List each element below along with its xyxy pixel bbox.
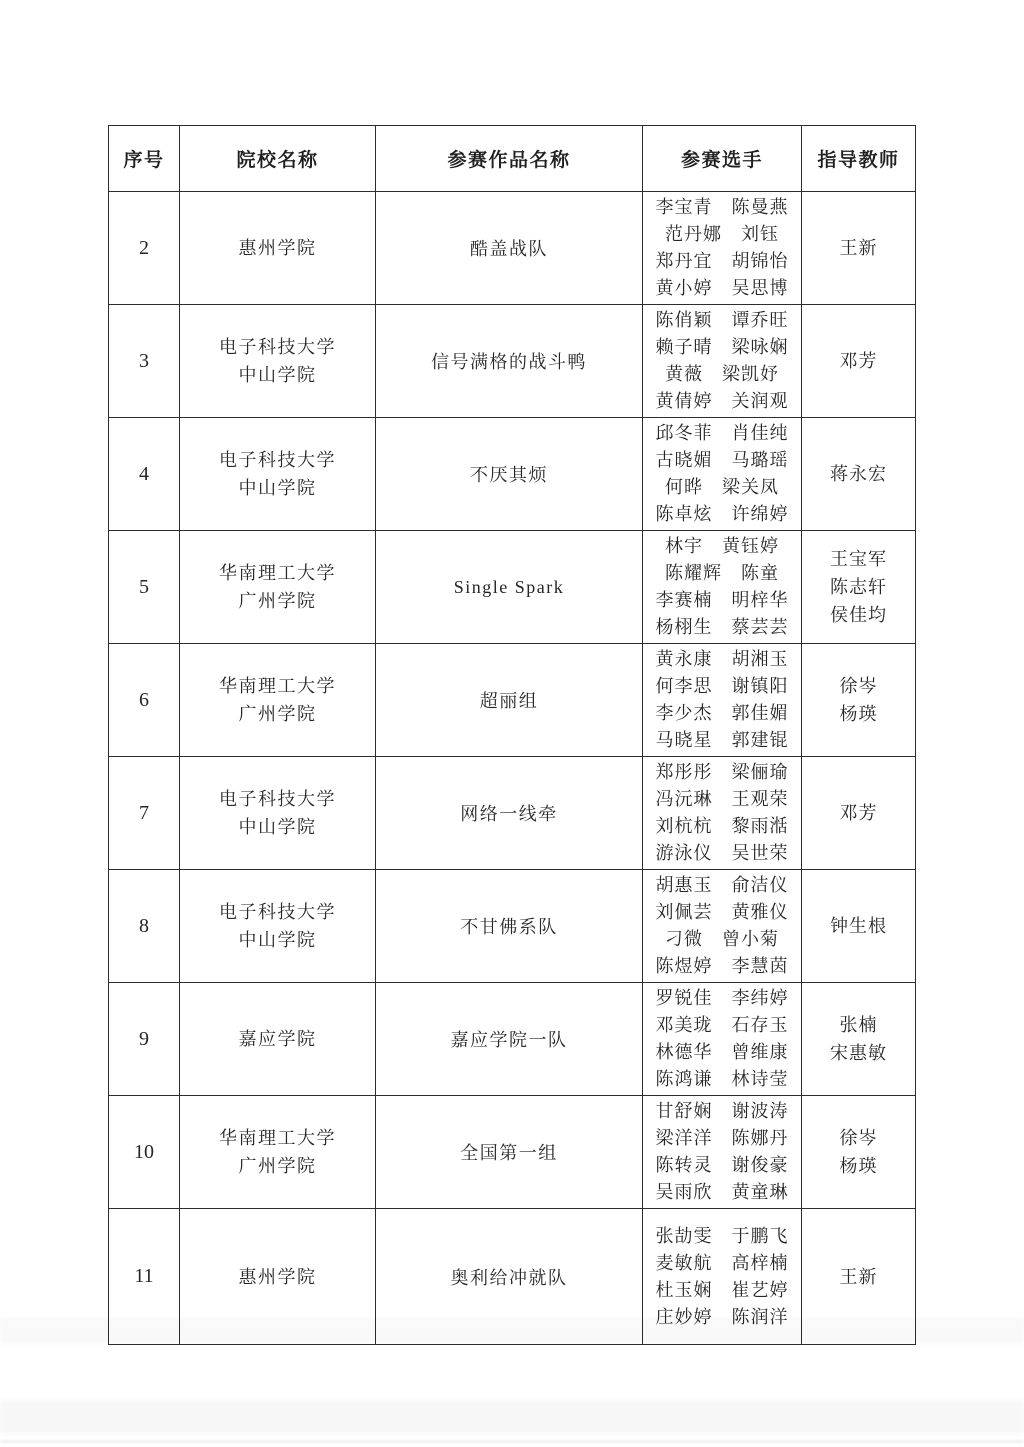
table-row: 11 惠州学院 奥利给冲就队 张劼雯 于鹏飞麦敏航 高梓楠杜玉娴 崔艺婷庄妙婷 … [109, 1209, 916, 1345]
header-school: 院校名称 [180, 126, 376, 192]
text-line: 中山学院 [182, 926, 373, 954]
table-row: 8 电子科技大学中山学院 不甘佛系队 胡惠玉 俞洁仪刘佩芸 黄雅仪刁微 曾小菊陈… [109, 870, 916, 983]
cell-work-name: 奥利给冲就队 [376, 1209, 643, 1345]
header-work: 参赛作品名称 [376, 126, 643, 192]
table-row: 9 嘉应学院 嘉应学院一队 罗锐佳 李纬婷邓美珑 石存玉林德华 曾维康陈鸿谦 林… [109, 983, 916, 1096]
table-row: 2 惠州学院 酷盖战队 李宝青 陈曼燕范丹娜 刘钰郑丹宜 胡锦怡黄小婷 吴思博 … [109, 192, 916, 305]
text-line: 李赛楠 明梓华 [645, 587, 799, 614]
cell-work-name: 不厌其烦 [376, 418, 643, 531]
text-line: 庄妙婷 陈润洋 [645, 1304, 799, 1331]
text-line: 张楠 [804, 1011, 913, 1039]
text-line: 广州学院 [182, 587, 373, 615]
text-line: 胡惠玉 俞洁仪 [645, 872, 799, 899]
cell-school-name: 电子科技大学中山学院 [180, 418, 376, 531]
cell-work-name: 嘉应学院一队 [376, 983, 643, 1096]
text-line: 徐岑 [804, 1124, 913, 1152]
cell-teachers: 蒋永宏 [802, 418, 916, 531]
text-line: 电子科技大学 [182, 446, 373, 474]
text-line: 徐岑 [804, 672, 913, 700]
results-table: 序号 院校名称 参赛作品名称 参赛选手 指导教师 2 惠州学院 酷盖战队 李宝青… [108, 125, 916, 1345]
text-line: 陈俏颖 谭乔旺 [645, 307, 799, 334]
cell-serial-number: 8 [109, 870, 180, 983]
header-teachers: 指导教师 [802, 126, 916, 192]
scan-artifact-band [0, 1440, 1024, 1443]
text-line: 林宇 黄钰婷 [645, 533, 799, 560]
cell-teachers: 徐岑杨瑛 [802, 1096, 916, 1209]
cell-school-name: 电子科技大学中山学院 [180, 757, 376, 870]
cell-contestants: 黄永康 胡湘玉何李思 谢镇阳李少杰 郭佳媚马晓星 郭建锟 [643, 644, 802, 757]
cell-work-name: 网络一线牵 [376, 757, 643, 870]
text-line: 陈煜婷 李慧茵 [645, 953, 799, 980]
text-line: 华南理工大学 [182, 559, 373, 587]
text-line: 甘舒娴 谢波涛 [645, 1098, 799, 1125]
text-line: 广州学院 [182, 700, 373, 728]
text-line: 惠州学院 [182, 234, 373, 262]
cell-serial-number: 6 [109, 644, 180, 757]
table-row: 4 电子科技大学中山学院 不厌其烦 邱冬菲 肖佳纯古晓媚 马璐瑶何晔 梁关凤陈卓… [109, 418, 916, 531]
cell-contestants: 邱冬菲 肖佳纯古晓媚 马璐瑶何晔 梁关凤陈卓炫 许绵婷 [643, 418, 802, 531]
text-line: 刘佩芸 黄雅仪 [645, 899, 799, 926]
text-line: 邓芳 [804, 347, 913, 375]
text-line: 张劼雯 于鹏飞 [645, 1223, 799, 1250]
text-line: 古晓媚 马璐瑶 [645, 447, 799, 474]
cell-school-name: 华南理工大学广州学院 [180, 644, 376, 757]
cell-teachers: 王新 [802, 192, 916, 305]
text-line: 陈耀辉 陈童 [645, 560, 799, 587]
text-line: 华南理工大学 [182, 672, 373, 700]
text-line: 邱冬菲 肖佳纯 [645, 420, 799, 447]
text-line: 李少杰 郭佳媚 [645, 700, 799, 727]
header-contestants: 参赛选手 [643, 126, 802, 192]
text-line: 黄小婷 吴思博 [645, 275, 799, 302]
text-line: 黄永康 胡湘玉 [645, 646, 799, 673]
cell-school-name: 惠州学院 [180, 192, 376, 305]
cell-contestants: 郑彤彤 梁俪瑜冯沅琳 王观荣刘杭杭 黎雨湉游泳仪 吴世荣 [643, 757, 802, 870]
text-line: 游泳仪 吴世荣 [645, 840, 799, 867]
cell-teachers: 王宝军陈志轩侯佳均 [802, 531, 916, 644]
cell-school-name: 惠州学院 [180, 1209, 376, 1345]
cell-school-name: 电子科技大学中山学院 [180, 305, 376, 418]
text-line: 麦敏航 高梓楠 [645, 1250, 799, 1277]
table-row: 6 华南理工大学广州学院 超丽组 黄永康 胡湘玉何李思 谢镇阳李少杰 郭佳媚马晓… [109, 644, 916, 757]
text-line: 王新 [804, 234, 913, 262]
text-line: 邓芳 [804, 799, 913, 827]
text-line: 陈卓炫 许绵婷 [645, 501, 799, 528]
text-line: 邓美珑 石存玉 [645, 1012, 799, 1039]
cell-teachers: 邓芳 [802, 305, 916, 418]
text-line: 陈志轩 [804, 573, 913, 601]
cell-contestants: 陈俏颖 谭乔旺赖子晴 梁咏娴黄薇 梁凯妤黄倩婷 关润观 [643, 305, 802, 418]
text-line: 梁洋洋 陈娜丹 [645, 1125, 799, 1152]
cell-serial-number: 11 [109, 1209, 180, 1345]
text-line: 中山学院 [182, 361, 373, 389]
cell-work-name: Single Spark [376, 531, 643, 644]
cell-work-name: 信号满格的战斗鸭 [376, 305, 643, 418]
text-line: 郑彤彤 梁俪瑜 [645, 759, 799, 786]
text-line: 黄倩婷 关润观 [645, 388, 799, 415]
cell-teachers: 王新 [802, 1209, 916, 1345]
text-line: 中山学院 [182, 474, 373, 502]
text-line: 罗锐佳 李纬婷 [645, 985, 799, 1012]
text-line: 王新 [804, 1263, 913, 1291]
scan-artifact-band [0, 1400, 1024, 1434]
table-row: 3 电子科技大学中山学院 信号满格的战斗鸭 陈俏颖 谭乔旺赖子晴 梁咏娴黄薇 梁… [109, 305, 916, 418]
text-line: 范丹娜 刘钰 [645, 221, 799, 248]
text-line: 陈鸿谦 林诗莹 [645, 1066, 799, 1093]
cell-contestants: 罗锐佳 李纬婷邓美珑 石存玉林德华 曾维康陈鸿谦 林诗莹 [643, 983, 802, 1096]
cell-serial-number: 3 [109, 305, 180, 418]
text-line: 杨瑛 [804, 1152, 913, 1180]
cell-school-name: 华南理工大学广州学院 [180, 1096, 376, 1209]
cell-teachers: 钟生根 [802, 870, 916, 983]
cell-contestants: 林宇 黄钰婷陈耀辉 陈童李赛楠 明梓华杨栩生 蔡芸芸 [643, 531, 802, 644]
text-line: 马晓星 郭建锟 [645, 727, 799, 754]
text-line: 电子科技大学 [182, 785, 373, 813]
cell-serial-number: 2 [109, 192, 180, 305]
text-line: 赖子晴 梁咏娴 [645, 334, 799, 361]
text-line: 郑丹宜 胡锦怡 [645, 248, 799, 275]
text-line: 冯沅琳 王观荣 [645, 786, 799, 813]
text-line: 杨栩生 蔡芸芸 [645, 614, 799, 641]
text-line: 广州学院 [182, 1152, 373, 1180]
text-line: 嘉应学院 [182, 1025, 373, 1053]
cell-school-name: 华南理工大学广州学院 [180, 531, 376, 644]
text-line: 李宝青 陈曼燕 [645, 194, 799, 221]
cell-contestants: 甘舒娴 谢波涛梁洋洋 陈娜丹陈转灵 谢俊豪吴雨欣 黄童琳 [643, 1096, 802, 1209]
table-row: 7 电子科技大学中山学院 网络一线牵 郑彤彤 梁俪瑜冯沅琳 王观荣刘杭杭 黎雨湉… [109, 757, 916, 870]
text-line: 黄薇 梁凯妤 [645, 361, 799, 388]
text-line: 陈转灵 谢俊豪 [645, 1152, 799, 1179]
cell-serial-number: 10 [109, 1096, 180, 1209]
text-line: 惠州学院 [182, 1263, 373, 1291]
cell-work-name: 超丽组 [376, 644, 643, 757]
header-no: 序号 [109, 126, 180, 192]
cell-teachers: 邓芳 [802, 757, 916, 870]
cell-work-name: 酷盖战队 [376, 192, 643, 305]
cell-serial-number: 9 [109, 983, 180, 1096]
cell-serial-number: 4 [109, 418, 180, 531]
text-line: 刘杭杭 黎雨湉 [645, 813, 799, 840]
table-row: 10 华南理工大学广州学院 全国第一组 甘舒娴 谢波涛梁洋洋 陈娜丹陈转灵 谢俊… [109, 1096, 916, 1209]
cell-contestants: 李宝青 陈曼燕范丹娜 刘钰郑丹宜 胡锦怡黄小婷 吴思博 [643, 192, 802, 305]
cell-contestants: 张劼雯 于鹏飞麦敏航 高梓楠杜玉娴 崔艺婷庄妙婷 陈润洋 [643, 1209, 802, 1345]
cell-work-name: 全国第一组 [376, 1096, 643, 1209]
text-line: 何李思 谢镇阳 [645, 673, 799, 700]
cell-school-name: 嘉应学院 [180, 983, 376, 1096]
cell-school-name: 电子科技大学中山学院 [180, 870, 376, 983]
text-line: 林德华 曾维康 [645, 1039, 799, 1066]
text-line: 华南理工大学 [182, 1124, 373, 1152]
text-line: 吴雨欣 黄童琳 [645, 1179, 799, 1206]
text-line: 中山学院 [182, 813, 373, 841]
text-line: 杨瑛 [804, 700, 913, 728]
text-line: 钟生根 [804, 912, 913, 940]
text-line: 电子科技大学 [182, 333, 373, 361]
text-line: 王宝军 [804, 545, 913, 573]
cell-teachers: 徐岑杨瑛 [802, 644, 916, 757]
header-row: 序号 院校名称 参赛作品名称 参赛选手 指导教师 [109, 126, 916, 192]
text-line: 杜玉娴 崔艺婷 [645, 1277, 799, 1304]
cell-serial-number: 7 [109, 757, 180, 870]
text-line: 电子科技大学 [182, 898, 373, 926]
cell-contestants: 胡惠玉 俞洁仪刘佩芸 黄雅仪刁微 曾小菊陈煜婷 李慧茵 [643, 870, 802, 983]
text-line: 刁微 曾小菊 [645, 926, 799, 953]
document-page: 序号 院校名称 参赛作品名称 参赛选手 指导教师 2 惠州学院 酷盖战队 李宝青… [0, 0, 1024, 1447]
text-line: 蒋永宏 [804, 460, 913, 488]
cell-serial-number: 5 [109, 531, 180, 644]
text-line: 何晔 梁关凤 [645, 474, 799, 501]
cell-teachers: 张楠宋惠敏 [802, 983, 916, 1096]
text-line: 侯佳均 [804, 601, 913, 629]
cell-work-name: 不甘佛系队 [376, 870, 643, 983]
table-row: 5 华南理工大学广州学院 Single Spark 林宇 黄钰婷陈耀辉 陈童李赛… [109, 531, 916, 644]
text-line: 宋惠敏 [804, 1039, 913, 1067]
